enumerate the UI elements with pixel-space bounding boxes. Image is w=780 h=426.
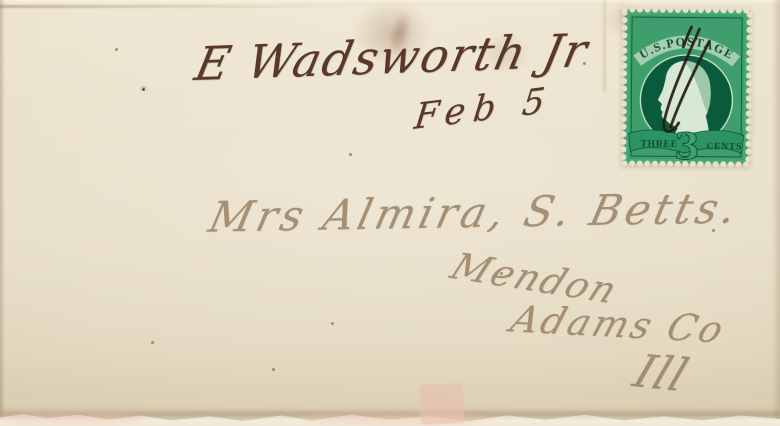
stamp-denomination-numeral: 3 [674,126,699,168]
pen-cancel-marks [664,27,710,132]
paper-stain [598,0,648,46]
stamp-perforations [623,9,749,164]
stamp-top-text: U.S.POSTAGE [637,34,737,63]
speck [331,322,334,325]
envelope-photo: E Wadsworth Jr Feb 5 Mrs Almira, S. Bett… [0,0,780,426]
stamp-value-ribbon [628,130,743,154]
address-county: Adams Co [507,301,731,349]
address-state: Ill [628,348,695,398]
stamp-body [623,9,749,164]
washington-portrait [658,61,712,144]
stamp-medallion [640,55,733,146]
stamp-inner-panel [628,15,744,160]
manuscript-postmark-sender: E Wadsworth Jr [191,27,593,87]
tape-repair-patch [419,383,464,425]
torn-bottom-edge [0,412,780,426]
bottom-edge-shadow [0,411,780,417]
stamp-value-word-left: THREE [640,140,677,150]
paper-crease [603,0,606,92]
speck [115,48,118,51]
paper-discoloration [300,411,490,425]
pinhole [140,86,147,93]
postage-stamp-art: U.S.POSTAGE THREE CENTS 3 [620,6,752,167]
speck [151,341,154,344]
top-crease [0,5,345,8]
manuscript-postmark-date: Feb 5 [412,83,554,136]
speck [272,368,275,371]
stamp-frame-line [631,17,742,157]
envelope-top-edge [0,0,780,5]
portrait-hair-shading [685,61,711,112]
paper-discoloration [0,408,144,424]
postage-stamp: U.S.POSTAGE THREE CENTS 3 [620,6,752,167]
svg-text:U.S.POSTAGE: U.S.POSTAGE [637,34,737,63]
speck [349,153,352,156]
address-recipient-name: Mrs Almira, S. Betts. [205,187,744,238]
envelope-right-edge [772,0,780,426]
stamp-arch-band [637,42,736,62]
stamp-value-word-right: CENTS [706,142,742,152]
envelope-left-edge [0,0,5,426]
